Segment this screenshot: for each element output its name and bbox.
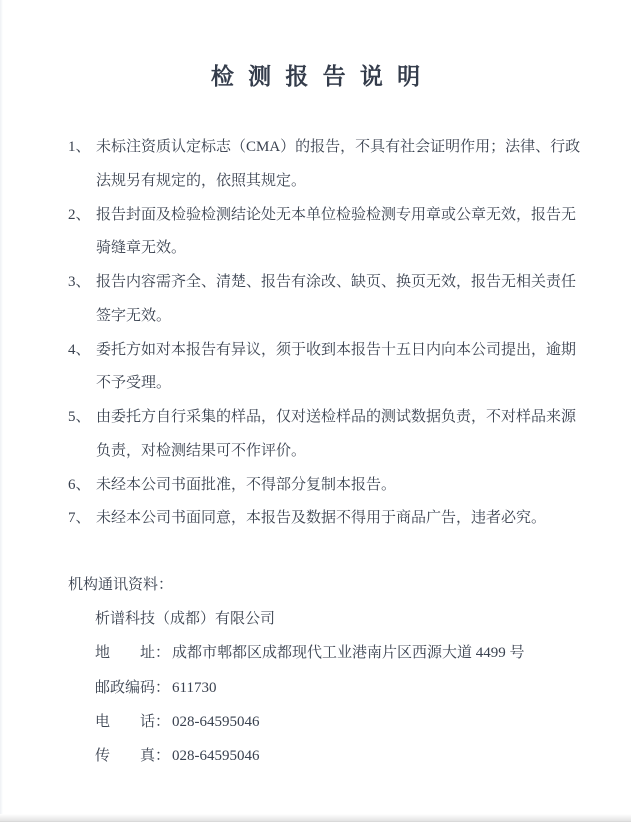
contact-heading: 机构通讯资料： xyxy=(68,568,581,602)
company-name: 析谱科技（成都）有限公司 xyxy=(95,602,581,636)
contact-colon: ： xyxy=(155,645,170,661)
note-item: 2、 报告封面及检验检测结论处无本单位检验检测专用章或公章无效，报告无骑缝章无效… xyxy=(68,199,581,267)
contact-row-address: 地址：成都市郫都区成都现代工业港南片区西源大道 4499 号 xyxy=(95,636,581,670)
note-number: 7、 xyxy=(68,502,96,536)
note-text: 由委托方自行采集的样品，仅对送检样品的测试数据负责，不对样品来源负责，对检测结果… xyxy=(96,401,581,469)
note-item: 6、 未经本公司书面批准，不得部分复制本报告。 xyxy=(68,469,581,503)
note-text: 报告封面及检验检测结论处无本单位检验检测专用章或公章无效，报告无骑缝章无效。 xyxy=(96,199,581,267)
note-item: 7、 未经本公司书面同意，本报告及数据不得用于商品广告，违者必究。 xyxy=(68,502,581,536)
contact-label-postcode: 邮政编码 xyxy=(95,671,155,705)
note-number: 1、 xyxy=(68,131,96,165)
note-number: 5、 xyxy=(68,401,96,435)
page-title: 检测报告说明 xyxy=(0,58,631,91)
notes-list: 1、 未标注资质认定标志（CMA）的报告，不具有社会证明作用；法律、行政法规另有… xyxy=(68,131,581,536)
contact-value-address: 成都市郫都区成都现代工业港南片区西源大道 4499 号 xyxy=(172,645,525,661)
note-text: 未经本公司书面批准，不得部分复制本报告。 xyxy=(96,469,581,503)
note-item: 4、 委托方如对本报告有异议，须于收到本报告十五日内向本公司提出，逾期不予受理。 xyxy=(68,334,581,402)
note-number: 6、 xyxy=(68,469,96,503)
note-number: 3、 xyxy=(68,266,96,300)
note-item: 1、 未标注资质认定标志（CMA）的报告，不具有社会证明作用；法律、行政法规另有… xyxy=(68,131,581,199)
contact-row-postcode: 邮政编码：611730 xyxy=(95,671,581,705)
contact-colon: ： xyxy=(155,714,170,730)
contact-value-phone: 028-64595046 xyxy=(172,714,260,730)
report-instructions-page: 检测报告说明 1、 未标注资质认定标志（CMA）的报告，不具有社会证明作用；法律… xyxy=(0,0,631,822)
scan-bottom-shadow xyxy=(0,814,631,822)
contact-row-phone: 电话：028-64595046 xyxy=(95,705,581,739)
scan-left-edge xyxy=(0,0,3,822)
note-number: 4、 xyxy=(68,334,96,368)
contact-colon: ： xyxy=(155,680,170,696)
note-number: 2、 xyxy=(68,199,96,233)
note-item: 5、 由委托方自行采集的样品，仅对送检样品的测试数据负责，不对样品来源负责，对检… xyxy=(68,401,581,469)
contact-label-fax: 传真 xyxy=(95,739,155,773)
contact-label-address: 地址 xyxy=(95,636,155,670)
note-item: 3、 报告内容需齐全、清楚、报告有涂改、缺页、换页无效，报告无相关责任签字无效。 xyxy=(68,266,581,334)
note-text: 委托方如对本报告有异议，须于收到本报告十五日内向本公司提出，逾期不予受理。 xyxy=(96,334,581,402)
note-text: 未经本公司书面同意，本报告及数据不得用于商品广告，违者必究。 xyxy=(96,502,581,536)
contact-section: 机构通讯资料： 析谱科技（成都）有限公司 地址：成都市郫都区成都现代工业港南片区… xyxy=(68,568,581,773)
contact-row-fax: 传真：028-64595046 xyxy=(95,739,581,773)
contact-label-phone: 电话 xyxy=(95,705,155,739)
contact-colon: ： xyxy=(155,748,170,764)
contact-value-fax: 028-64595046 xyxy=(172,748,260,764)
note-text: 未标注资质认定标志（CMA）的报告，不具有社会证明作用；法律、行政法规另有规定的… xyxy=(96,131,581,199)
contact-value-postcode: 611730 xyxy=(172,680,216,696)
note-text: 报告内容需齐全、清楚、报告有涂改、缺页、换页无效，报告无相关责任签字无效。 xyxy=(96,266,581,334)
